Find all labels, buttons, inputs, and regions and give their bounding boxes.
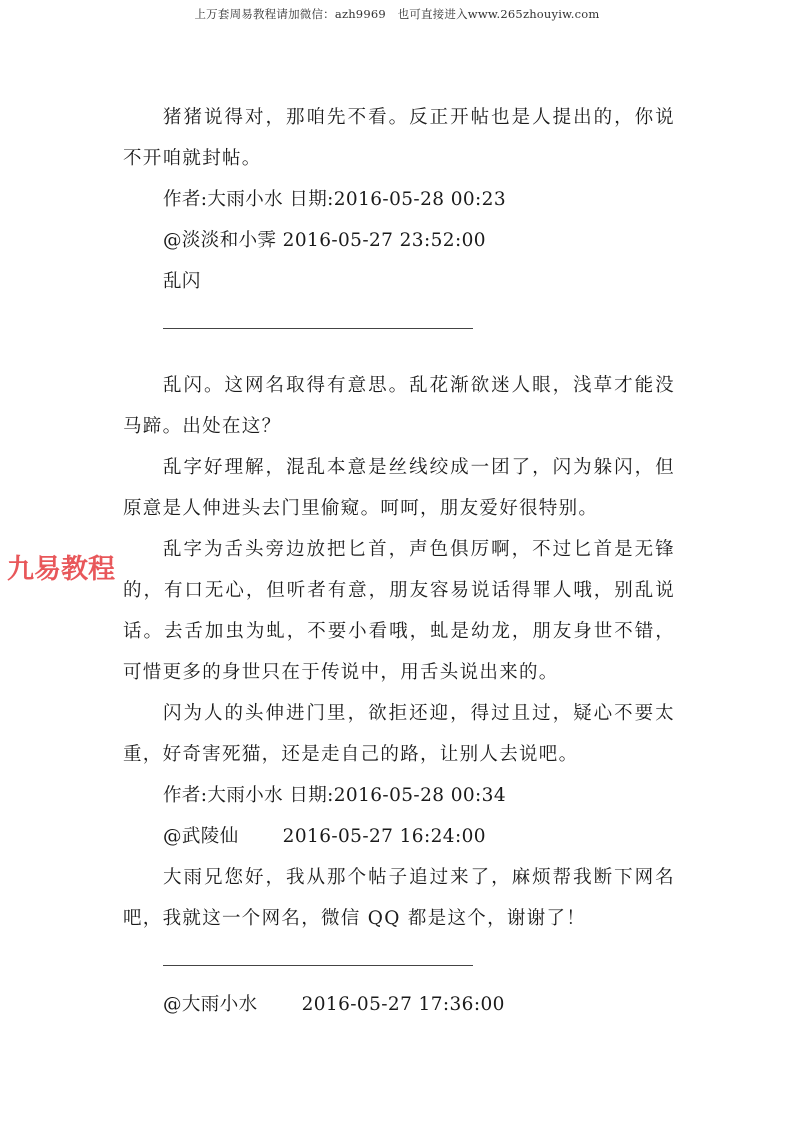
post-meta: 作者:大雨小水 日期:2016-05-28 00:23 bbox=[123, 179, 675, 220]
quote-body: 大雨兄您好，我从那个帖子追过来了，麻烦帮我断下网名吧，我就这一个网名，微信 QQ… bbox=[123, 857, 675, 939]
quote-header: @淡淡和小霁 2016-05-27 23:52:00 bbox=[123, 220, 675, 261]
paragraph: 乱字为舌头旁边放把匕首，声色俱厉啊，不过匕首是无锋的，有口无心，但听者有意，朋友… bbox=[123, 529, 675, 693]
document-body: 猪猪说得对，那咱先不看。反正开帖也是人提出的，你说不开咱就封帖。 作者:大雨小水… bbox=[123, 97, 675, 1025]
divider bbox=[123, 939, 675, 980]
paragraph: 闪为人的头伸进门里，欲拒还迎，得过且过，疑心不要太重，好奇害死猫，还是走自己的路… bbox=[123, 693, 675, 775]
watermark-logo: 九易教程 bbox=[7, 547, 115, 586]
divider bbox=[123, 302, 675, 343]
quote-header: @大雨小水 2016-05-27 17:36:00 bbox=[123, 984, 675, 1025]
paragraph: 猪猪说得对，那咱先不看。反正开帖也是人提出的，你说不开咱就封帖。 bbox=[123, 97, 675, 179]
quote-body: 乱闪 bbox=[123, 261, 675, 302]
page-header-banner: 上万套周易教程请加微信：azh9969 也可直接进入www.265zhouyiw… bbox=[0, 6, 794, 22]
quote-header: @武陵仙 2016-05-27 16:24:00 bbox=[123, 816, 675, 857]
paragraph: 乱字好理解，混乱本意是丝线绞成一团了，闪为躲闪，但原意是人伸进头去门里偷窥。呵呵… bbox=[123, 447, 675, 529]
post-meta: 作者:大雨小水 日期:2016-05-28 00:34 bbox=[123, 775, 675, 816]
paragraph: 乱闪。这网名取得有意思。乱花渐欲迷人眼，浅草才能没马蹄。出处在这？ bbox=[123, 365, 675, 447]
